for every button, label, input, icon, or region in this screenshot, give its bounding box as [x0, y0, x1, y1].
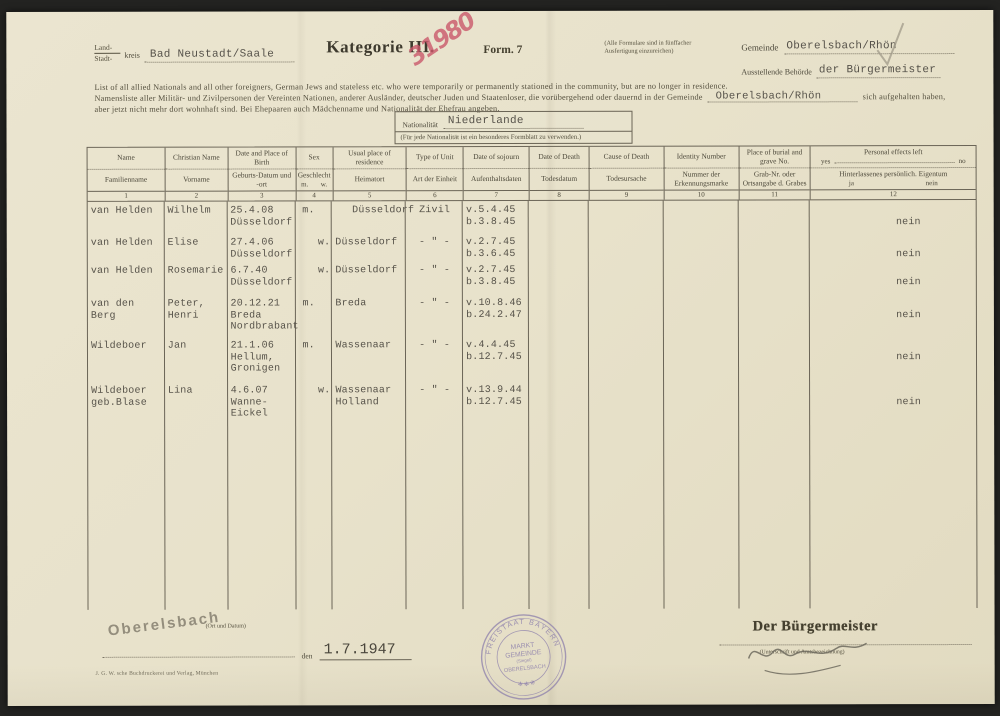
intro-german-text1: Namensliste aller Militär- und Zivilpers…: [94, 92, 702, 104]
cell-identity: [663, 237, 738, 262]
cell-name: van den Berg: [88, 299, 165, 334]
cell-effects: nein: [810, 384, 976, 419]
cell-residence: Düsseldorf: [332, 205, 406, 230]
cell-name: Wildeboer: [88, 341, 165, 376]
cell-effects: nein: [810, 339, 976, 374]
col-name: Name Familienname 1: [88, 148, 165, 201]
cell-cause: [589, 340, 664, 375]
cell-birth: 6.7.40 Düsseldorf: [227, 265, 295, 290]
cell-name: van Helden: [88, 266, 165, 291]
cell-burial: [738, 204, 810, 229]
col-burial: Place of burial and grave No. Grab-Nr. o…: [738, 146, 810, 199]
cell-vorname: Elise: [165, 238, 228, 263]
official-round-seal: FREISTAAT BAYERN ✻ ✻ ✻ MARKT GEMEINDE (S…: [478, 611, 570, 703]
cell-cause: [589, 265, 664, 290]
seal-line-3: (Siegel): [516, 657, 532, 664]
col-effects: Personal effects left yes no Hinterlasse…: [810, 146, 976, 199]
den-label: den: [302, 651, 313, 660]
cell-cause: [589, 298, 664, 333]
kreis-label: kreis: [124, 51, 140, 63]
intro-german-line1: Namensliste aller Militär- und Zivilpers…: [94, 91, 976, 104]
copies-note: (Alle Formulare sind in fünffacher Ausfe…: [604, 40, 704, 55]
cell-identity: [664, 298, 739, 333]
cell-sojourn: v.10.8.46 b.24.2.47: [463, 298, 529, 333]
cell-unit: - " -: [406, 340, 463, 375]
cell-unit: - " -: [406, 237, 463, 262]
place-caption: (Ort und Datum): [206, 624, 246, 630]
col-name-de: Familienname: [88, 170, 165, 191]
cell-sex: w.: [295, 265, 332, 290]
effects-yes-label: yes: [821, 157, 830, 165]
table-row: van Helden Rosemarie 6.7.40 Düsseldorf w…: [88, 264, 976, 290]
intro-german-text2: sich aufgehalten haben,: [863, 91, 946, 102]
cell-unit: - " -: [406, 385, 463, 420]
cell-sex: m.: [295, 340, 332, 375]
effects-nein-label: nein: [926, 179, 938, 187]
cell-effects: nein: [810, 204, 976, 229]
cell-birth: 20.12.21 Breda Nordbrabant: [227, 298, 295, 333]
cell-sex: m.: [295, 205, 332, 230]
land-label: Land-: [94, 44, 120, 52]
gemeinde-field: Gemeinde Oberelsbach/Rhön: [741, 40, 954, 54]
cell-effects: nein: [810, 297, 976, 332]
cell-effects: nein: [810, 264, 976, 289]
red-pencil-mark: 31980: [403, 7, 480, 71]
cell-residence: Wassenaar: [332, 340, 406, 375]
col-unit: Type of Unit Art der Einheit 6: [406, 147, 463, 200]
cell-identity: [663, 205, 738, 230]
cell-vorname: Peter, Henri: [165, 299, 228, 334]
intro-paragraph: List of all allied Nationals and all oth…: [94, 80, 976, 115]
gemeinde-value: Oberelsbach/Rhön: [784, 40, 954, 54]
col-name-num: 1: [88, 191, 165, 201]
cell-birth: 25.4.08 Düsseldorf: [227, 205, 295, 230]
cell-vorname: Rosemarie: [165, 266, 228, 291]
col-sojourn: Date of sojourn Aufenthaltsdaten 7: [463, 147, 529, 200]
cell-identity: [664, 340, 739, 375]
seal-ornament: ✻ ✻ ✻: [517, 679, 537, 689]
cell-birth: 21.1.06 Hellum, Gronigen: [228, 340, 296, 375]
cell-sex: w.: [296, 385, 333, 420]
cell-residence: Wassenaar Holland: [332, 385, 406, 420]
cell-name: van Helden: [88, 206, 165, 231]
cell-residence: Breda: [332, 298, 406, 333]
gemeinde-label: Gemeinde: [741, 42, 778, 54]
nationality-value: Niederlande: [444, 115, 584, 129]
cell-residence: Düsseldorf: [332, 265, 406, 290]
cell-birth: 27.4.06 Düsseldorf: [227, 237, 295, 262]
cell-residence: Düsseldorf: [332, 237, 406, 262]
sex-de-label: Geschlecht: [298, 172, 331, 180]
cell-birth: 4.6.07 Wanne-Eickel: [228, 385, 296, 420]
col-christian-name: Christian Name Vorname 2: [164, 148, 227, 201]
cell-cause: [589, 385, 664, 420]
nationality-box: Nationalität Niederlande (Für jede Natio…: [394, 111, 632, 144]
form-number: Form. 7: [483, 44, 522, 56]
col-birth: Date and Place of Birth Geburts-Datum un…: [227, 147, 295, 200]
cell-unit: - " -: [406, 298, 463, 333]
col-death-cause: Cause of Death Todesursache 9: [588, 147, 663, 200]
table-body: van Helden Wilhelm 25.4.08 Düsseldorf m.…: [87, 200, 978, 610]
kreis-value: Bad Neustadt/Saale: [144, 48, 294, 62]
col-sex: Sex Geschlecht m. w. 4: [295, 147, 332, 200]
nationality-label: Nationalität: [403, 120, 438, 129]
persons-table: Name Familienname 1 Christian Name Vorna…: [87, 145, 978, 610]
authority-value: der Bürgermeister: [817, 64, 940, 78]
col-identity: Identity Number Nummer der Erkennungsmar…: [663, 147, 738, 200]
cell-identity: [663, 265, 738, 290]
svg-text:✻ ✻ ✻: ✻ ✻ ✻: [517, 679, 537, 689]
cell-vorname: Wilhelm: [164, 206, 227, 231]
cell-name: van Helden: [88, 238, 165, 263]
cell-sojourn: v.2.7.45 b.3.8.45: [463, 265, 529, 290]
handwritten-signature: [741, 630, 876, 682]
cell-burial: [738, 297, 810, 332]
cell-burial: [738, 264, 810, 289]
effects-ja-label: ja: [849, 179, 854, 187]
cell-cause: [589, 237, 664, 262]
authority-label: Ausstellende Behörde: [741, 67, 811, 78]
cell-death: [529, 385, 589, 420]
pencil-checkmark: [874, 20, 906, 68]
sex-w-label: w.: [321, 180, 327, 188]
date-value: 1.7.1947: [320, 641, 412, 660]
table-row: van Helden Wilhelm 25.4.08 Düsseldorf m.…: [88, 204, 976, 230]
place-stamp: Oberelsbach: [107, 609, 221, 640]
cell-name: Wildeboer geb.Blase: [88, 386, 165, 421]
district-fraction-label: Land- Stadt-: [94, 44, 120, 63]
district-field: Land- Stadt- kreis Bad Neustadt/Saale: [94, 43, 294, 62]
nationality-note: (Für jede Nationalität ist ein besondere…: [396, 131, 632, 143]
cell-death: [529, 340, 589, 375]
col-residence: Usual place of residence Heimatort 5: [332, 147, 406, 200]
cell-sojourn: v.4.4.45 b.12.7.45: [463, 340, 529, 375]
cell-death: [529, 298, 589, 333]
document-paper: Land- Stadt- kreis Bad Neustadt/Saale Ka…: [6, 10, 994, 706]
cell-sojourn: v.2.7.45 b.3.6.45: [463, 237, 529, 262]
cell-sex: m.: [295, 298, 332, 333]
sex-m-label: m.: [301, 180, 308, 188]
table-row: Wildeboer Jan 21.1.06 Hellum, Gronigen m…: [88, 339, 976, 375]
cell-identity: [664, 385, 739, 420]
cell-death: [529, 237, 589, 262]
cell-sojourn: v.13.9.44 b.12.7.45: [463, 385, 529, 420]
cell-cause: [589, 205, 664, 230]
cell-sex: w.: [295, 237, 332, 262]
cell-death: [529, 265, 589, 290]
cell-sojourn: v.5.4.45 b.3.8.45: [463, 205, 529, 230]
printer-imprint: J. G. W. sche Buchdruckerei und Verlag, …: [96, 671, 219, 677]
table-row: Wildeboer geb.Blase Lina 4.6.07 Wanne-Ei…: [88, 384, 976, 420]
table-row: van Helden Elise 27.4.06 Düsseldorf w. D…: [88, 236, 976, 262]
cell-vorname: Lina: [165, 386, 228, 421]
cell-effects: nein: [810, 236, 976, 261]
table-row: van den Berg Peter, Henri 20.12.21 Breda…: [88, 297, 976, 333]
cell-burial: [738, 236, 810, 261]
stadt-label: Stadt-: [94, 55, 120, 63]
cell-burial: [738, 339, 810, 374]
effects-no-label: no: [959, 157, 966, 165]
effects-en-label: Personal effects left: [864, 149, 923, 157]
dotted-leader: [834, 162, 954, 163]
effects-de-label: Hinterlassenes persönlich. Eigentum: [839, 170, 947, 178]
intro-gemeinde-value: Oberelsbach/Rhön: [708, 91, 858, 102]
table-header: Name Familienname 1 Christian Name Vorna…: [87, 145, 977, 202]
col-name-en: Name: [88, 148, 165, 170]
date-dotted-line: [103, 656, 295, 657]
cell-burial: [738, 384, 810, 419]
seal-line-4: OBERELSBACH: [504, 664, 546, 674]
authority-field: Ausstellende Behörde der Bürgermeister: [741, 64, 940, 78]
cell-vorname: Jan: [165, 341, 228, 376]
cell-death: [529, 205, 589, 230]
col-death-date: Date of Death Todesdatum 8: [529, 147, 589, 200]
cell-unit: - " -: [406, 265, 463, 290]
cell-unit: Zivil: [406, 205, 463, 230]
